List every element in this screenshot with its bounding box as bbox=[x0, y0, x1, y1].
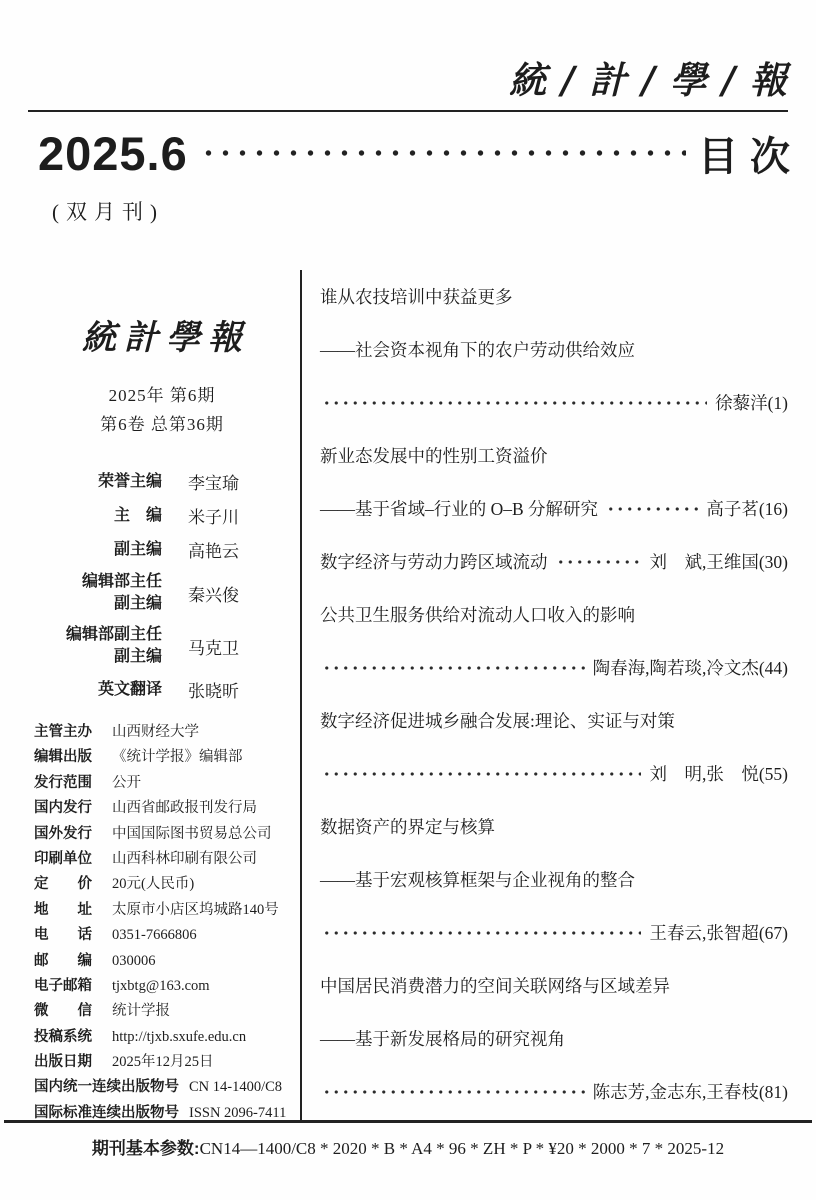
journal-toc-page: 統 / 計 / 學 / 報 2025.6 目次 (双月刊) 統計學報 2025年… bbox=[0, 0, 816, 1200]
staff-role: 荣誉主编 bbox=[34, 471, 162, 493]
article-authors-line: 刘 明,张 悦(55) bbox=[320, 747, 788, 800]
info-label: 出版日期 bbox=[34, 1050, 112, 1071]
staff-name: 米子川 bbox=[188, 503, 239, 528]
info-row: 主管主办 山西财经大学 bbox=[34, 720, 290, 745]
staff-role-line2: 副主编 bbox=[114, 595, 162, 612]
info-row: 定 价 20元(人民币) bbox=[34, 872, 290, 897]
info-row: 投稿系统 http://tjxb.sxufe.edu.cn bbox=[34, 1025, 290, 1050]
info-label: 定 价 bbox=[34, 872, 112, 893]
staff-row: 编辑部副主任 副主编 马克卫 bbox=[34, 624, 290, 668]
article-authors-line: 陈志芳,金志东,王春枝(81) bbox=[320, 1065, 788, 1118]
staff-name: 高艳云 bbox=[188, 537, 239, 562]
info-label: 电子邮箱 bbox=[34, 974, 112, 995]
info-value: 山西科林印刷有限公司 bbox=[112, 847, 257, 868]
article-title-authors-line: 数字经济与劳动力跨区域流动 刘 斌,王维国(30) bbox=[320, 535, 788, 588]
issue-number: 2025.6 bbox=[38, 126, 188, 181]
info-value: 0351-7666806 bbox=[112, 927, 197, 944]
staff-role: 英文翻译 bbox=[34, 679, 162, 701]
info-row: 发行范围 公开 bbox=[34, 771, 290, 796]
volume-line: 第6卷 总第36期 bbox=[34, 410, 290, 439]
info-row: 微 信 统计学报 bbox=[34, 999, 290, 1024]
staff-role-line2: 副主编 bbox=[114, 648, 162, 665]
masthead-divider-rule bbox=[28, 110, 788, 112]
staff-row: 荣誉主编 李宝瑜 bbox=[34, 469, 290, 494]
staff-row: 主 编 米子川 bbox=[34, 503, 290, 528]
article-subtitle: ——基于新发展格局的研究视角 bbox=[320, 1012, 788, 1065]
info-label: 国内统一连续出版物号 bbox=[34, 1075, 179, 1096]
info-value: 《统计学报》编辑部 bbox=[112, 745, 243, 766]
info-label: 投稿系统 bbox=[34, 1025, 112, 1046]
info-label: 主管主办 bbox=[34, 720, 112, 741]
article-title: 数据资产的界定与核算 bbox=[320, 800, 788, 853]
staff-role: 编辑部副主任 副主编 bbox=[34, 624, 162, 668]
article-authors: 陶春海,陶若琰,冷文杰(44) bbox=[593, 655, 788, 680]
info-value: 中国国际图书贸易总公司 bbox=[112, 822, 272, 843]
staff-row: 英文翻译 张晓昕 bbox=[34, 677, 290, 702]
info-value: 公开 bbox=[112, 771, 141, 792]
info-value-email: tjxbtg@163.com bbox=[112, 978, 210, 995]
staff-name: 张晓昕 bbox=[188, 677, 239, 702]
info-label: 地 址 bbox=[34, 898, 112, 919]
journal-info-sidebar: 統計學報 2025年 第6期 第6卷 总第36期 荣誉主编 李宝瑜 主 编 米子… bbox=[28, 270, 302, 1120]
dotted-leader bbox=[322, 925, 641, 941]
staff-row: 编辑部主任 副主编 秦兴俊 bbox=[34, 571, 290, 615]
article-title: 谁从农技培训中获益更多 bbox=[320, 270, 788, 323]
article-subtitle: ——社会资本视角下的农户劳动供给效应 bbox=[320, 323, 788, 376]
info-label: 微 信 bbox=[34, 999, 112, 1020]
staff-role: 副主编 bbox=[34, 539, 162, 561]
issue-volume-info: 2025年 第6期 第6卷 总第36期 bbox=[34, 381, 290, 439]
info-label: 国内发行 bbox=[34, 796, 112, 817]
info-label: 国际标准连续出版物号 bbox=[34, 1101, 179, 1122]
staff-role: 编辑部主任 副主编 bbox=[34, 571, 162, 615]
info-row: 电子邮箱 tjxbtg@163.com bbox=[34, 974, 290, 999]
info-value-submission-url: http://tjxb.sxufe.edu.cn bbox=[112, 1029, 246, 1046]
info-row: 电 话 0351-7666806 bbox=[34, 923, 290, 948]
publication-frequency: (双月刊) bbox=[52, 196, 164, 226]
article-title: 公共卫生服务供给对流动人口收入的影响 bbox=[320, 588, 788, 641]
article-authors-line: 陶春海,陶若琰,冷文杰(44) bbox=[320, 641, 788, 694]
info-row: 出版日期 2025年12月25日 bbox=[34, 1050, 290, 1075]
info-row: 国外发行 中国国际图书贸易总公司 bbox=[34, 822, 290, 847]
footer-value: CN14—1400/C8 * 2020 * B * A4 * 96 * ZH *… bbox=[200, 1139, 725, 1158]
info-value: 030006 bbox=[112, 953, 156, 970]
info-value: 20元(人民币) bbox=[112, 872, 194, 893]
staff-row: 副主编 高艳云 bbox=[34, 537, 290, 562]
dotted-leader bbox=[322, 660, 585, 676]
dotted-leader bbox=[606, 501, 698, 517]
info-row: 地 址 太原市小店区坞城路140号 bbox=[34, 898, 290, 923]
toc-article-list: 谁从农技培训中获益更多 ——社会资本视角下的农户劳动供给效应 徐藜洋(1) 新业… bbox=[302, 270, 788, 1120]
info-row: 国内发行 山西省邮政报刊发行局 bbox=[34, 796, 290, 821]
dotted-leader bbox=[322, 766, 641, 782]
info-value: 统计学报 bbox=[112, 999, 170, 1020]
staff-name: 李宝瑜 bbox=[188, 469, 239, 494]
info-label: 邮 编 bbox=[34, 949, 112, 970]
article-subtitle-authors-line: ——基于省域–行业的 O–B 分解研究 高子茗(16) bbox=[320, 482, 788, 535]
staff-name: 马克卫 bbox=[188, 634, 239, 659]
info-row: 印刷单位 山西科林印刷有限公司 bbox=[34, 847, 290, 872]
info-row: 国内统一连续出版物号 CN 14-1400/C8 bbox=[34, 1075, 290, 1100]
info-label: 发行范围 bbox=[34, 771, 112, 792]
journal-parameters-footer: 期刊基本参数:CN14—1400/C8 * 2020 * B * A4 * 96… bbox=[0, 1134, 816, 1159]
article-authors: 高子茗(16) bbox=[706, 496, 788, 521]
journal-masthead-title: 統 / 計 / 學 / 報 bbox=[509, 50, 788, 104]
info-row: 邮 编 030006 bbox=[34, 949, 290, 974]
dotted-leader bbox=[322, 1084, 585, 1100]
staff-name: 秦兴俊 bbox=[188, 581, 239, 606]
toc-heading: 目次 bbox=[698, 125, 802, 182]
info-row: 编辑出版 《统计学报》编辑部 bbox=[34, 745, 290, 770]
article-authors: 徐藜洋(1) bbox=[715, 390, 788, 415]
info-value: 2025年12月25日 bbox=[112, 1050, 214, 1071]
toc-title-row: 2025.6 目次 bbox=[38, 122, 790, 184]
editorial-staff-list: 荣誉主编 李宝瑜 主 编 米子川 副主编 高艳云 编辑部主任 副主编 秦兴俊 bbox=[34, 469, 290, 702]
dotted-leader bbox=[556, 554, 642, 570]
article-authors: 刘 明,张 悦(55) bbox=[649, 761, 788, 786]
content-columns: 統計學報 2025年 第6期 第6卷 总第36期 荣誉主编 李宝瑜 主 编 米子… bbox=[28, 270, 788, 1120]
info-label: 国外发行 bbox=[34, 822, 112, 843]
dotted-leader bbox=[322, 395, 707, 411]
article-authors-line: 徐藜洋(1) bbox=[320, 376, 788, 429]
article-authors-line: 王春云,张智超(67) bbox=[320, 906, 788, 959]
footer-label: 期刊基本参数: bbox=[92, 1139, 200, 1158]
article-title: 中国居民消费潜力的空间关联网络与区域差异 bbox=[320, 959, 788, 1012]
info-value: 太原市小店区坞城路140号 bbox=[112, 898, 279, 919]
article-authors: 王春云,张智超(67) bbox=[649, 920, 788, 945]
article-title: 新业态发展中的性别工资溢价 bbox=[320, 429, 788, 482]
publication-info-list: 主管主办 山西财经大学 编辑出版 《统计学报》编辑部 发行范围 公开 国内发行 … bbox=[34, 720, 290, 1126]
article-authors: 刘 斌,王维国(30) bbox=[649, 549, 788, 574]
info-value: 山西财经大学 bbox=[112, 720, 199, 741]
info-value-cn-number: CN 14-1400/C8 bbox=[189, 1079, 282, 1096]
article-subtitle: ——基于宏观核算框架与企业视角的整合 bbox=[320, 853, 788, 906]
article-title: 数字经济促进城乡融合发展:理论、实证与对策 bbox=[320, 694, 788, 747]
staff-role-line1: 编辑部主任 bbox=[82, 573, 162, 590]
info-label: 印刷单位 bbox=[34, 847, 112, 868]
footer-divider-rule bbox=[4, 1120, 812, 1123]
info-label: 编辑出版 bbox=[34, 745, 112, 766]
title-dotted-leader bbox=[200, 142, 686, 164]
staff-role: 主 编 bbox=[34, 505, 162, 527]
staff-role-line1: 编辑部副主任 bbox=[66, 626, 162, 643]
info-label: 电 话 bbox=[34, 923, 112, 944]
journal-name-calligraphy: 統計學報 bbox=[34, 310, 298, 359]
article-authors: 陈志芳,金志东,王春枝(81) bbox=[593, 1079, 788, 1104]
info-value: 山西省邮政报刊发行局 bbox=[112, 796, 257, 817]
issue-line: 2025年 第6期 bbox=[34, 381, 290, 410]
